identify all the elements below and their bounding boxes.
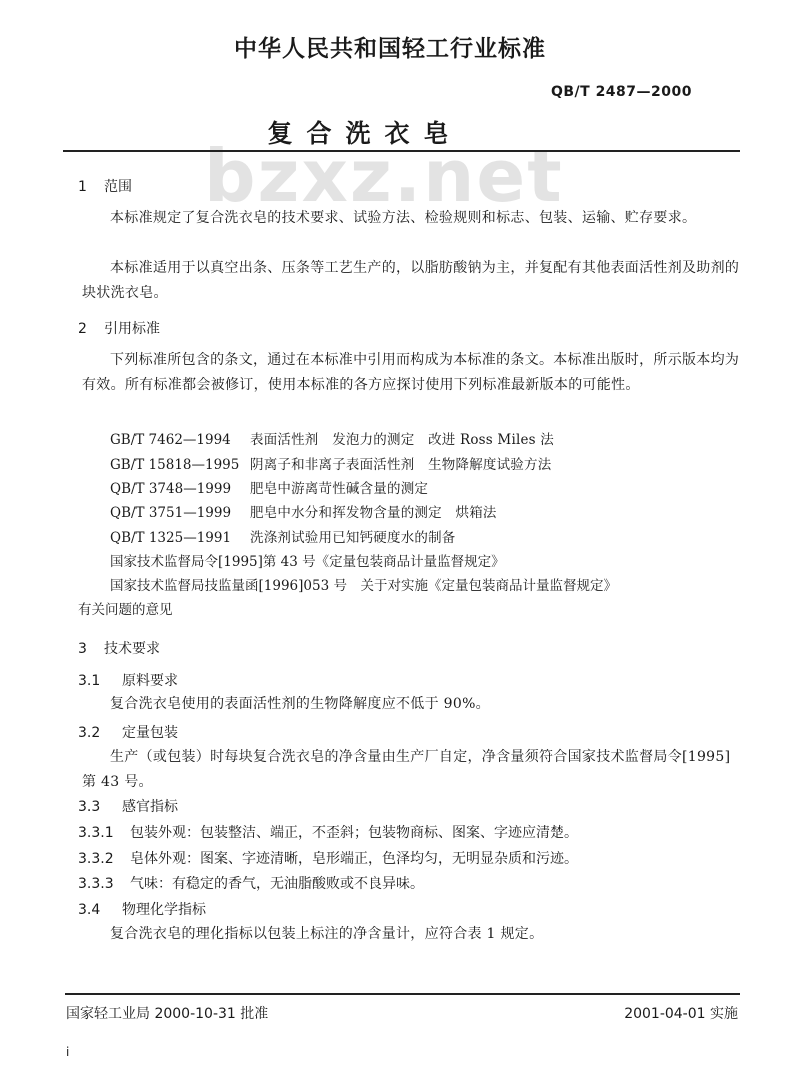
header-divider — [63, 150, 740, 152]
regulation-item: 国家技术监督局令[1995]第 43 号《定量包装商品计量监督规定》 — [110, 550, 505, 570]
section-3-heading: 3技术要求 — [78, 638, 160, 658]
reference-code: GB/T 15818—1995 — [110, 457, 250, 473]
subsection-number: 3.1 — [78, 673, 122, 689]
reference-code: GB/T 7462—1994 — [110, 432, 250, 448]
item-text: 气味：有稳定的香气，无油脂酸败或不良异味。 — [130, 876, 424, 892]
subsection-3-3-1: 3.3.1包装外观：包装整洁、端正，不歪斜；包装物商标、图案、字迹应清楚。 — [78, 822, 578, 842]
subsection-number: 3.3 — [78, 799, 122, 815]
subsection-number: 3.2 — [78, 725, 122, 741]
section-number: 3 — [78, 641, 104, 657]
reference-item: GB/T 15818—1995阴离子和非离子表面活性剂 生物降解度试验方法 — [110, 453, 551, 473]
subsection-3-2-heading: 3.2定量包装 — [78, 722, 178, 742]
reference-title: 肥皂中游离苛性碱含量的测定 — [250, 481, 428, 497]
reference-code: QB/T 3748—1999 — [110, 481, 250, 497]
page-number: i — [66, 1045, 69, 1059]
reference-item: QB/T 3751—1999肥皂中水分和挥发物含量的测定 烘箱法 — [110, 501, 497, 521]
approval-date: 国家轻工业局 2000-10-31 批准 — [66, 1003, 268, 1023]
implementation-date: 2001-04-01 实施 — [624, 1003, 738, 1023]
reference-title: 阴离子和非离子表面活性剂 生物降解度试验方法 — [250, 457, 551, 473]
section-1-paragraph-2: 本标准适用于以真空出条、压条等工艺生产的，以脂肪酸钠为主，并复配有其他表面活性剂… — [82, 256, 742, 306]
subsection-3-1-heading: 3.1原料要求 — [78, 670, 178, 690]
section-1-paragraph-1: 本标准规定了复合洗衣皂的技术要求、试验方法、检验规则和标志、包装、运输、贮存要求… — [82, 206, 742, 231]
section-number: 1 — [78, 179, 104, 195]
section-2-heading: 2引用标准 — [78, 318, 160, 338]
reference-code: QB/T 3751—1999 — [110, 505, 250, 521]
reference-title: 洗涤剂试验用已知钙硬度水的制备 — [250, 530, 456, 546]
subsection-3-3-3: 3.3.3气味：有稳定的香气，无油脂酸败或不良异味。 — [78, 873, 424, 893]
item-number: 3.3.3 — [78, 876, 130, 892]
subsection-number: 3.4 — [78, 902, 122, 918]
reference-item: QB/T 3748—1999肥皂中游离苛性碱含量的测定 — [110, 477, 428, 497]
regulation-item-continuation: 有关问题的意见 — [78, 598, 173, 618]
item-text: 包装外观：包装整洁、端正，不歪斜；包装物商标、图案、字迹应清楚。 — [130, 825, 578, 841]
subsection-3-4-text: 复合洗衣皂的理化指标以包装上标注的净含量计，应符合表 1 规定。 — [82, 922, 742, 947]
industry-standard-heading: 中华人民共和国轻工行业标准 — [0, 30, 800, 63]
document-title: 复合洗衣皂 — [0, 114, 800, 150]
standard-number: QB/T 2487—2000 — [551, 84, 692, 100]
reference-item: QB/T 1325—1991洗涤剂试验用已知钙硬度水的制备 — [110, 526, 456, 546]
footer-divider — [65, 993, 740, 995]
reference-item: GB/T 7462—1994表面活性剂 发泡力的测定 改进 Ross Miles… — [110, 428, 554, 448]
item-number: 3.3.1 — [78, 825, 130, 841]
reference-code: QB/T 1325—1991 — [110, 530, 250, 546]
reference-title: 肥皂中水分和挥发物含量的测定 烘箱法 — [250, 505, 497, 521]
section-2-paragraph: 下列标准所包含的条文，通过在本标准中引用而构成为本标准的条文。本标准出版时，所示… — [82, 348, 742, 398]
regulation-item: 国家技术监督局技监量函[1996]053 号 关于对实施《定量包装商品计量监督规… — [110, 574, 617, 594]
section-1-heading: 1范围 — [78, 176, 132, 196]
reference-title: 表面活性剂 发泡力的测定 改进 Ross Miles 法 — [250, 432, 554, 448]
subsection-title: 原料要求 — [122, 673, 178, 689]
subsection-title: 定量包装 — [122, 725, 178, 741]
subsection-3-2-text: 生产（或包装）时每块复合洗衣皂的净含量由生产厂自定，净含量须符合国家技术监督局令… — [82, 745, 742, 795]
section-title: 技术要求 — [104, 641, 160, 657]
subsection-3-1-text: 复合洗衣皂使用的表面活性剂的生物降解度应不低于 90%。 — [82, 692, 742, 717]
section-number: 2 — [78, 321, 104, 337]
subsection-title: 感官指标 — [122, 799, 178, 815]
subsection-3-4-heading: 3.4物理化学指标 — [78, 899, 206, 919]
section-title: 引用标准 — [104, 321, 160, 337]
subsection-3-3-2: 3.3.2皂体外观：图案、字迹清晰，皂形端正，色泽均匀，无明显杂质和污迹。 — [78, 848, 578, 868]
section-title: 范围 — [104, 179, 132, 195]
item-number: 3.3.2 — [78, 851, 130, 867]
item-text: 皂体外观：图案、字迹清晰，皂形端正，色泽均匀，无明显杂质和污迹。 — [130, 851, 578, 867]
subsection-title: 物理化学指标 — [122, 902, 206, 918]
subsection-3-3-heading: 3.3感官指标 — [78, 796, 178, 816]
